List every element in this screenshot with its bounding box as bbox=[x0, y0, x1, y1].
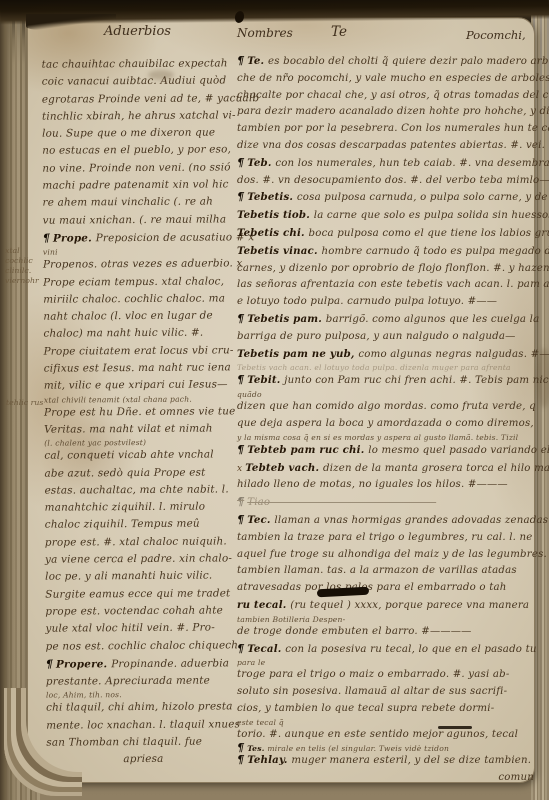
manuscript-line: pe nos est. cochlic chaloc chiquech bbox=[46, 637, 240, 656]
manuscript-line: aquel fue troge su alhondiga del maiz y … bbox=[237, 547, 534, 564]
manuscript-line: torio. #. aunque en este sentido mejor a… bbox=[237, 727, 534, 744]
manuscript-line: ¶Propere. Propinande. aduerbia bbox=[46, 654, 240, 674]
manuscript-line: troge para el trigo o maiz o embarrado. … bbox=[237, 667, 534, 684]
entry-headword: Tec. bbox=[247, 514, 274, 526]
manuscript-line: ¶Tiao — — — — — — — — — — — — bbox=[237, 494, 534, 512]
pilcrow-icon: ¶ bbox=[237, 312, 244, 325]
header-center-title: Nombres bbox=[237, 26, 293, 40]
entry-headword: Tebetis. bbox=[247, 191, 297, 203]
entry-headword: Tecal. bbox=[247, 643, 285, 655]
header-letter: Te bbox=[331, 24, 347, 40]
margin-note-left-mid: tehlic rus bbox=[6, 398, 43, 408]
manuscript-line: xTebteb vach. dizen de la manta grosera … bbox=[237, 460, 534, 478]
ink-strikethrough bbox=[438, 726, 472, 729]
manuscript-line: chacalte por chacal che, y asi otros, q̃… bbox=[237, 88, 534, 105]
manuscript-line: barriga de puro pulposa, y aun nalgudo o… bbox=[237, 329, 534, 346]
manuscript-line: chi tlaquil, chi ahim, hizolo presta bbox=[46, 699, 240, 718]
entry-headword: Teb. bbox=[247, 157, 275, 169]
manuscript-line: Prope ciuitatem erat locus vbi cru- bbox=[44, 342, 238, 361]
manuscript-line: egrotaras Proinde veni ad te, # yacualb bbox=[42, 90, 236, 109]
manuscript-line: estas. auchaltac, ma chte nabit. l. bbox=[44, 481, 238, 500]
manuscript-line: ¶Tebteb pam ruc chi. lo mesmo quel pasad… bbox=[237, 442, 534, 460]
manuscript-line: Tebetis vinac. hombre carnudo q̃ todo es… bbox=[237, 243, 534, 261]
entry-headword: Tebetis tiob. bbox=[237, 209, 314, 221]
manuscript-line: ya viene cerca el padre. xin chalo- bbox=[45, 550, 239, 569]
manuscript-line: ¶Tebit. junto con Pam ruc chi fren achi.… bbox=[237, 372, 534, 390]
margin-mark: x bbox=[237, 464, 242, 474]
manuscript-line: que deja aspera la boca y amordazada o c… bbox=[237, 416, 534, 433]
manuscript-line: ¶Te. es bocablo del cholti q̃ quiere dez… bbox=[237, 53, 534, 71]
manuscript-line: apriesa bbox=[46, 751, 240, 770]
entry-headword: Tebetis pam ne yub, bbox=[237, 348, 358, 360]
manuscript-line: prestante. Apreciurada mente bbox=[46, 672, 240, 691]
manuscript-line: manahtchic ziquihil. l. mirulo bbox=[45, 498, 239, 517]
entry-headword: Tebteb vach. bbox=[245, 462, 323, 474]
left-text-column: tac chauihtac chauibilac expectahcoic va… bbox=[42, 55, 241, 769]
manuscript-line: chaloc ziquihil. Tempus meû bbox=[45, 516, 239, 535]
manuscript-line: loc pe. y ali manahti huic vilic. bbox=[45, 568, 239, 587]
manuscript-line: dos. #. vn desocupamiento dos. #. del ve… bbox=[237, 173, 534, 190]
entry-headword: Tebetis pam. bbox=[247, 313, 326, 325]
manuscript-line: prope est. voctendac cohah ahte bbox=[45, 602, 239, 621]
manuscript-line: comun bbox=[237, 770, 534, 787]
pilcrow-icon: ¶ bbox=[237, 190, 244, 203]
entry-headword: Tehlay. bbox=[247, 754, 291, 766]
manuscript-line: coic vanacui auibtac. Audiui quòd bbox=[42, 73, 236, 92]
manuscript-line: atravesadas por los palos para el embarr… bbox=[237, 580, 534, 597]
manuscript-line: ¶Tebetis pam. barrigõ. como algunos que … bbox=[237, 311, 534, 329]
manuscript-line: tambien llaman. tas. a la armazon de var… bbox=[237, 563, 534, 580]
manuscript-line: tinchlic xbirah, he ahrus xatchal vi- bbox=[42, 107, 236, 126]
manuscript-line: tambien Botilleria Despen- bbox=[237, 615, 534, 624]
manuscript-line: este tecal q̃ bbox=[237, 718, 534, 727]
manuscript-line: dize vna dos cosas descarpadas patentes … bbox=[237, 138, 534, 155]
manuscript-line: abe azut. sedò quia Prope est bbox=[44, 464, 238, 483]
pilcrow-icon: ¶ bbox=[43, 232, 50, 245]
manuscript-line: tac chauihtac chauibilac expectah bbox=[42, 55, 236, 74]
manuscript-line: cifixus est Iesus. ma naht ruc iena bbox=[44, 359, 238, 378]
manuscript-line: ¶Tec. llaman a vnas hormigas grandes ado… bbox=[237, 512, 534, 530]
manuscript-line: naht chaloc (l. vloc en lugar de bbox=[43, 307, 237, 326]
manuscript-photo: Aduerbios Nombres Te Pocomchi, tac chaui… bbox=[0, 0, 549, 800]
margin-note-left-top: xtal cochlic clinilc. viernohr bbox=[5, 246, 39, 286]
manuscript-line: chaloc) ma naht huic vilic. #. bbox=[43, 325, 237, 344]
manuscript-line: las señoras afrentazia con este tebetis … bbox=[237, 277, 534, 294]
manuscript-line: lou. Supe que o me dixeron que bbox=[42, 125, 236, 144]
right-text-column: ¶Te. es bocablo del cholti q̃ quiere dez… bbox=[237, 53, 534, 787]
manuscript-line: vu maui xnichan. (. re maui milha bbox=[43, 211, 237, 230]
manuscript-line: carnes, y dizenlo por oprobrio de flojo … bbox=[237, 261, 534, 278]
manuscript-line: no estucas en el pueblo, y por eso, bbox=[42, 142, 236, 161]
manuscript-line: che de nr̃o pocomchi, y vale mucho en es… bbox=[237, 71, 534, 88]
manuscript-line: cios, y tambien lo que tecal supra rebet… bbox=[237, 701, 534, 718]
manuscript-line: Tebetis pam ne yub, como algunas negras … bbox=[237, 346, 534, 364]
manuscript-line: yule xtal vloc hitil vein. #. Pro- bbox=[45, 620, 239, 639]
manuscript-line: tambien la traze para el trigo o legumbr… bbox=[237, 530, 534, 547]
entry-headword: Te. bbox=[247, 55, 268, 67]
entry-headword: Tebteb pam ruc chi. bbox=[247, 444, 368, 456]
entry-headword: Prope. bbox=[53, 232, 96, 244]
manuscript-line: e lotuyo todo pulpa. carnudo pulpa lotuy… bbox=[237, 294, 534, 311]
entry-headword: Tebit. bbox=[247, 374, 284, 386]
manuscript-line: prope est. #. xtal chaloc nuiquih. bbox=[45, 533, 239, 552]
manuscript-line: ¶Tes. mirale en telis (el singular. Twei… bbox=[237, 743, 534, 752]
manuscript-line: dizen que han comido algo mordas. como f… bbox=[237, 399, 534, 416]
manuscript-line: para le bbox=[237, 658, 534, 667]
manuscript-line: re ahem maui vinchalic (. re ah bbox=[42, 194, 236, 213]
manuscript-line: cal, conqueti vicab ahte vnchal bbox=[44, 447, 238, 466]
manuscript-line: Tebetis vach acan. el lotuyo toda pulpa.… bbox=[237, 363, 534, 372]
pilcrow-icon: ¶ bbox=[237, 753, 244, 766]
manuscript-line: mente. loc xnachan. l. tlaquil xnues bbox=[46, 716, 240, 735]
pilcrow-icon: ¶ bbox=[237, 495, 244, 508]
manuscript-line: no vine. Proinde non veni. (no ssió bbox=[42, 159, 236, 178]
manuscript-line: mit, vilic e que xripari cui Iesus— bbox=[44, 377, 238, 396]
manuscript-line: miriilc chaloc. cochlic chaloc. ma bbox=[43, 290, 237, 309]
pilcrow-icon: ¶ bbox=[237, 513, 244, 526]
manuscript-line: tambien por por la pesebrera. Con los nu… bbox=[237, 121, 534, 138]
pilcrow-icon: ¶ bbox=[237, 156, 244, 169]
entry-headword: Propere. bbox=[56, 658, 111, 670]
manuscript-line: Prope est hu Dñe. et omnes vie tue bbox=[44, 403, 238, 422]
manuscript-line: soluto sin posesiva. llamauã al altar de… bbox=[237, 684, 534, 701]
manuscript-line: Tebetis chi. boca pulposa como el que ti… bbox=[237, 225, 534, 243]
manuscript-line: ¶Tehlay. muger manera esteril, y del se … bbox=[237, 752, 534, 770]
manuscript-line: san Thomban chi tlaquil. fue bbox=[46, 733, 240, 752]
manuscript-line: Propenos. otras vezes es aduerbio. x bbox=[43, 256, 237, 275]
manuscript-line: quãdo bbox=[237, 390, 534, 399]
entry-headword: Tebetis chi. bbox=[237, 227, 309, 239]
manuscript-line: y la misma cosa q̃ en si es mordas y asp… bbox=[237, 433, 534, 442]
manuscript-line: Prope eciam tempus. xtal chaloc, bbox=[43, 273, 237, 292]
manuscript-line: Veritas. ma naht vilat et nimah bbox=[44, 420, 238, 439]
header-left-title: Aduerbios bbox=[104, 24, 171, 39]
pilcrow-icon: ¶ bbox=[46, 657, 53, 670]
manuscript-line: ¶Tecal. con la posesiva ru tecal, lo que… bbox=[237, 641, 534, 659]
entry-headword: ru tecal. bbox=[237, 599, 290, 611]
manuscript-line: Tebetis tiob. la carne que solo es pulpa… bbox=[237, 207, 534, 225]
manuscript-line: ¶Tebetis. cosa pulposa carnuda, o pulpa … bbox=[237, 189, 534, 207]
entry-headword: Tebetis vinac. bbox=[237, 245, 321, 257]
pilcrow-icon: ¶ bbox=[237, 54, 244, 67]
pilcrow-icon: ¶ bbox=[237, 443, 244, 456]
manuscript-line: Surgite eamus ecce qui me tradet bbox=[45, 585, 239, 604]
header-right-title: Pocomchi, bbox=[466, 28, 526, 42]
pilcrow-icon: ¶ bbox=[237, 642, 244, 655]
manuscript-line: ¶Teb. con los numerales, hun teb caiab. … bbox=[237, 155, 534, 173]
manuscript-line: machi padre patenamit xin vol hic bbox=[42, 176, 236, 195]
manuscript-line: de troge donde embuten el barro. #———— bbox=[237, 624, 534, 641]
manuscript-line: para dezir madero acanalado dizen hohte … bbox=[237, 104, 534, 121]
pilcrow-icon: ¶ bbox=[237, 373, 244, 386]
manuscript-line: ¶Prope. Preposicion de acusatiuo # x bbox=[43, 228, 237, 248]
manuscript-line: hilado lleno de motas, no iguales los hi… bbox=[237, 477, 534, 494]
manuscript-line: ru tecal. (ru tequel ) xxxx, porque pare… bbox=[237, 597, 534, 615]
